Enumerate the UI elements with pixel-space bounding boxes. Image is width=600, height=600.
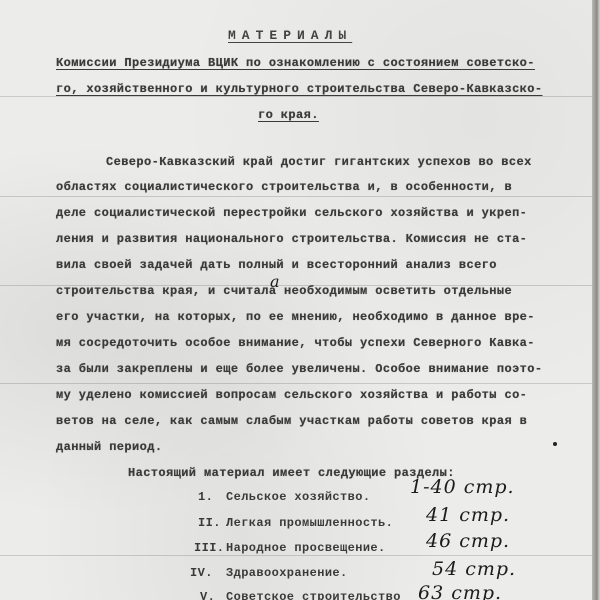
subtitle-line-3: го края. bbox=[258, 108, 319, 122]
body-line-7: его участки, на которых, по ее мнению, н… bbox=[56, 310, 535, 324]
section-title-4: Здравоохранение. bbox=[226, 566, 348, 580]
section-title-1: Сельское хозяйство. bbox=[226, 490, 370, 504]
body-line-1: Северо-Кавказский край достиг гигантских… bbox=[106, 155, 532, 169]
body-line-6: строительства края, и считала необходимы… bbox=[56, 284, 512, 298]
body-line-8: мя сосредоточить особое внимание, чтобы … bbox=[56, 336, 535, 350]
handwritten-correction: а bbox=[270, 272, 281, 291]
section-title-5: Советское строительство bbox=[226, 590, 401, 600]
section-number-4: IV. bbox=[190, 566, 213, 580]
fold-line bbox=[0, 196, 600, 197]
section-pages-2: 41 стр. bbox=[426, 504, 510, 526]
body-line-5: вила своей задачей дать полный и всестор… bbox=[56, 258, 497, 272]
fold-line bbox=[0, 96, 600, 97]
page-edge-shadow bbox=[592, 0, 600, 600]
section-pages-3: 46 стр. bbox=[426, 530, 510, 552]
body-line-12: данный период. bbox=[56, 440, 162, 454]
sections-intro: Настоящий материал имеет следующие разде… bbox=[128, 466, 455, 480]
subtitle-line-1: Комиссии Президиума ВЦИК по ознакомлению… bbox=[56, 56, 535, 70]
section-title-2: Легкая промышленность. bbox=[226, 516, 393, 530]
fold-line bbox=[0, 555, 600, 556]
fold-line bbox=[0, 383, 600, 384]
ink-mark bbox=[553, 442, 557, 446]
body-line-4: ления и развития национального строитель… bbox=[56, 232, 527, 246]
body-line-10: му уделено комиссией вопросам сельского … bbox=[56, 388, 527, 402]
section-pages-5: 63 стр. bbox=[418, 582, 502, 600]
section-number-2: II. bbox=[198, 516, 221, 530]
section-number-1: 1. bbox=[198, 490, 213, 504]
section-title-3: Народное просвещение. bbox=[226, 541, 386, 555]
body-line-9: за были закреплены и еще более увеличены… bbox=[56, 362, 542, 376]
section-number-3: III. bbox=[194, 541, 224, 555]
body-line-3: деле социалистической перестройки сельск… bbox=[56, 206, 527, 220]
section-number-5: V. bbox=[200, 590, 215, 600]
section-pages-1: 1-40 стр. bbox=[410, 476, 515, 498]
body-line-2: областях социалистического строительства… bbox=[56, 180, 512, 194]
body-line-11: ветов на селе, как самым слабым участкам… bbox=[56, 414, 527, 428]
scanned-document-page: МАТЕРИАЛЫ Комиссии Президиума ВЦИК по оз… bbox=[0, 0, 600, 600]
subtitle-line-2: го, хозяйственного и культурного строите… bbox=[56, 82, 542, 96]
document-title: МАТЕРИАЛЫ bbox=[228, 28, 352, 43]
section-pages-4: 54 стр. bbox=[432, 558, 516, 580]
